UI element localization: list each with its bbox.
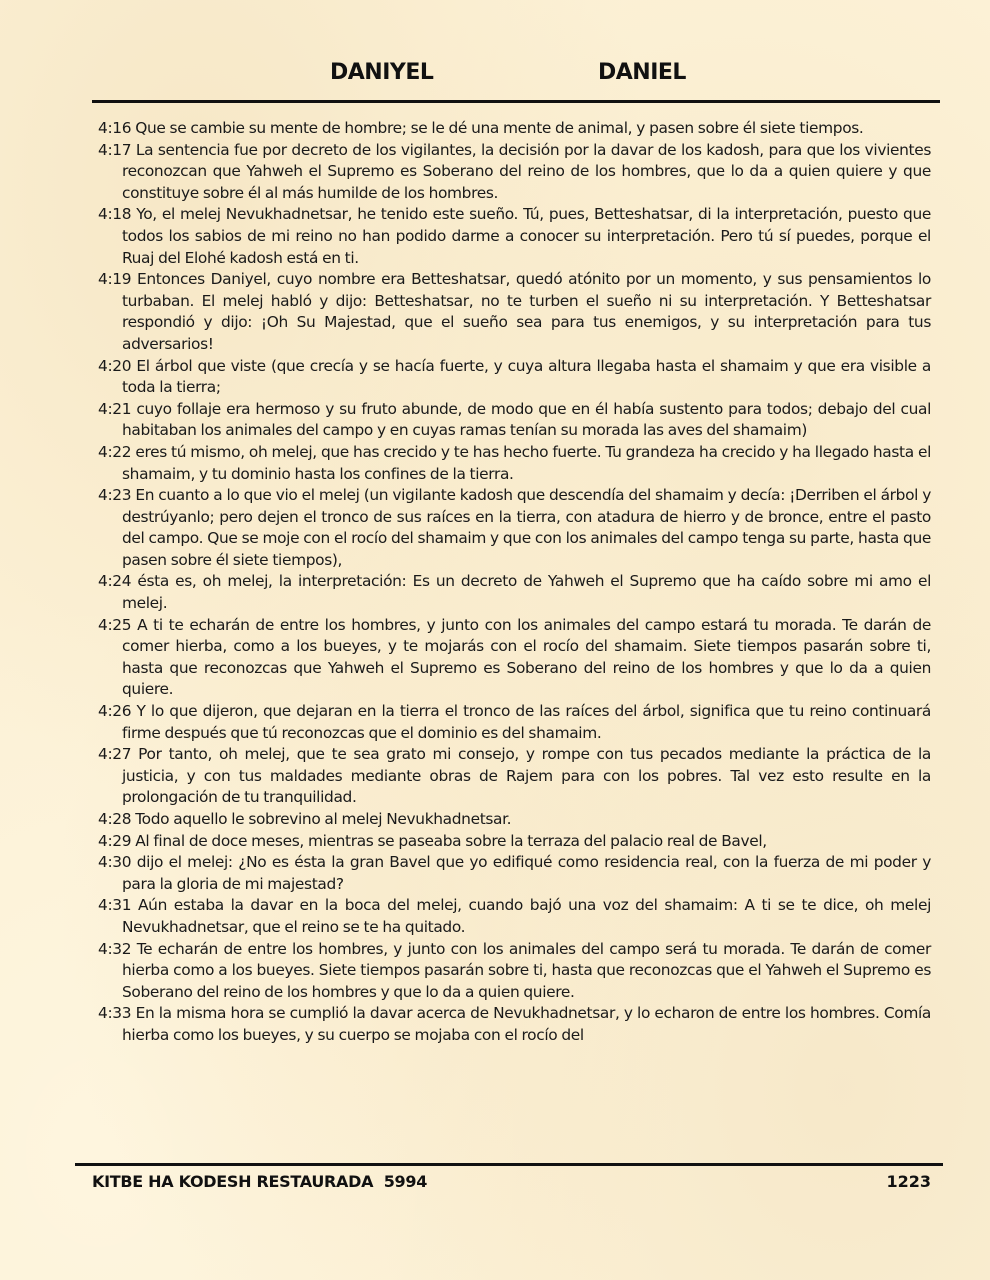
verse: 4:25 A ti te echarán de entre los hombre… [98,615,931,701]
verse: 4:28 Todo aquello le sobrevino al melej … [98,809,931,831]
verse-ref: 4:19 [98,270,131,288]
verse-ref: 4:26 [98,702,131,720]
footer-book-title: KITBE HA KODESH RESTAURADA 5994 [92,1172,427,1191]
verse: 4:26 Y lo que dijeron, que dejaran en la… [98,701,931,744]
verse-ref: 4:16 [98,119,131,137]
verse: 4:30 dijo el melej: ¿No es ésta la gran … [98,852,931,895]
verse-text: Yo, el melej Nevukhadnetsar, he tenido e… [122,205,931,266]
verse-ref: 4:25 [98,616,131,634]
verse-ref: 4:17 [98,141,131,159]
header-divider [92,100,940,103]
verse: 4:21 cuyo follaje era hermoso y su fruto… [98,399,931,442]
verse-ref: 4:29 [98,832,131,850]
verse-ref: 4:31 [98,896,131,914]
verse-text: Al final de doce meses, mientras se pase… [135,832,767,850]
verse-text: Y lo que dijeron, que dejaran en la tier… [122,702,931,742]
verse: 4:16 Que se cambie su mente de hombre; s… [98,118,931,140]
verse-ref: 4:32 [98,940,131,958]
verse-text: Te echarán de entre los hombres, y junto… [122,940,931,1001]
verse-text: Que se cambie su mente de hombre; se le … [135,119,863,137]
verse: 4:24 ésta es, oh melej, la interpretació… [98,571,931,614]
verse-text: Todo aquello le sobrevino al melej Nevuk… [135,810,511,828]
page-number: 1223 [886,1172,931,1191]
verse: 4:29 Al final de doce meses, mientras se… [98,831,931,853]
verse-ref: 4:18 [98,205,131,223]
verse: 4:17 La sentencia fue por decreto de los… [98,140,931,205]
page-header: DANIYEL DANIEL [0,56,990,96]
verse-ref: 4:33 [98,1004,131,1022]
verse: 4:31 Aún estaba la davar en la boca del … [98,895,931,938]
verse: 4:19 Entonces Daniyel, cuyo nombre era B… [98,269,931,355]
verse-ref: 4:20 [98,357,131,375]
verse-ref: 4:21 [98,400,131,418]
verse-text: En la misma hora se cumplió la davar ace… [122,1004,931,1044]
verse: 4:20 El árbol que viste (que crecía y se… [98,356,931,399]
verse-text: eres tú mismo, oh melej, que has crecido… [122,443,931,483]
verse-text: En cuanto a lo que vio el melej (un vigi… [122,486,931,569]
verse-ref: 4:23 [98,486,131,504]
book-title-hebrew: DANIYEL [330,60,433,85]
footer-divider [75,1163,943,1166]
verse: 4:27 Por tanto, oh melej, que te sea gra… [98,744,931,809]
verse-text: El árbol que viste (que crecía y se hací… [122,357,931,397]
verse-list: 4:16 Que se cambie su mente de hombre; s… [98,118,931,1047]
verse: 4:32 Te echarán de entre los hombres, y … [98,939,931,1004]
verse: 4:33 En la misma hora se cumplió la dava… [98,1003,931,1046]
verse-text: Entonces Daniyel, cuyo nombre era Bettes… [122,270,931,353]
verse-text: Aún estaba la davar en la boca del melej… [122,896,931,936]
verse-text: La sentencia fue por decreto de los vigi… [122,141,931,202]
verse: 4:23 En cuanto a lo que vio el melej (un… [98,485,931,571]
verse-text: cuyo follaje era hermoso y su fruto abun… [122,400,931,440]
book-title-spanish: DANIEL [598,60,686,85]
verse: 4:22 eres tú mismo, oh melej, que has cr… [98,442,931,485]
verse: 4:18 Yo, el melej Nevukhadnetsar, he ten… [98,204,931,269]
verse-ref: 4:30 [98,853,131,871]
verse-ref: 4:24 [98,572,131,590]
verse-ref: 4:27 [98,745,131,763]
verse-ref: 4:28 [98,810,131,828]
verse-text: ésta es, oh melej, la interpretación: Es… [122,572,931,612]
verse-text: dijo el melej: ¿No es ésta la gran Bavel… [122,853,931,893]
verse-text: Por tanto, oh melej, que te sea grato mi… [122,745,931,806]
verse-ref: 4:22 [98,443,131,461]
verse-text: A ti te echarán de entre los hombres, y … [122,616,931,699]
